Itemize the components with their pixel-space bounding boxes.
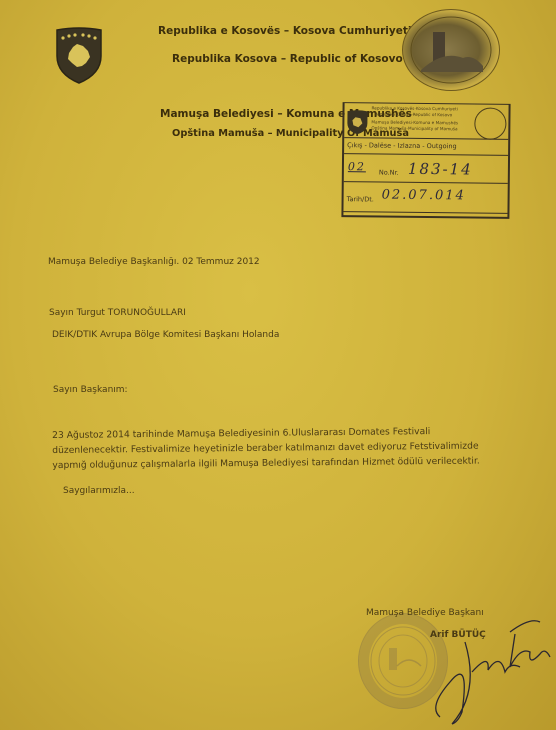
stamp-seal-icon	[474, 108, 506, 140]
letter-body-line: yapmığ olduğunuz çalışmalarla ilgili Mam…	[52, 454, 480, 473]
recipient-title: DEIK/DTIK Avrupa Bölge Komitesi Başkanı …	[52, 330, 279, 340]
recipient-name: Sayın Turgut TORUNOĞULLARI	[49, 308, 186, 318]
handwritten-signature	[380, 612, 556, 730]
registry-stamp: Republika e Kosovës-Kosova Cumhuriyeti R…	[341, 102, 510, 219]
stamp-prefix-value: 02	[348, 160, 366, 173]
stamp-header-line: Republika Kosova-Republic of Kosovo	[374, 111, 452, 118]
kosovo-coat-of-arms-icon	[55, 26, 103, 84]
mamusa-seal-icon	[402, 9, 500, 91]
stamp-date-label: Tarih/Dt.	[347, 195, 374, 203]
letterhead-country-line-2: Republika Kosova – Republic of Kosovo	[172, 53, 403, 65]
stamp-coat-of-arms-icon	[346, 109, 368, 135]
letter-body: 23 Ağustoz 2014 tarihinde Mamuşa Belediy…	[52, 424, 480, 473]
closing: Saygılarımızla...	[63, 486, 135, 496]
salutation: Sayın Başkanım:	[53, 385, 128, 395]
stamp-date-value: 02.07.014	[382, 188, 466, 204]
stamp-number-value: 183-14	[408, 160, 473, 179]
letterhead-country-line: Republika e Kosovës – Kosova Cumhuriyeti	[158, 25, 411, 37]
stamp-number-label: No.Nr.	[379, 169, 399, 177]
stamp-header-line: Opština Mamuša-Municipality of Mamuša	[371, 125, 457, 132]
letter-dateline: Mamuşa Belediye Başkanlığı. 02 Temmuz 20…	[48, 257, 260, 267]
stamp-direction-label: Çıkış - Dalëse - Izlazna - Outgoing	[347, 141, 457, 150]
